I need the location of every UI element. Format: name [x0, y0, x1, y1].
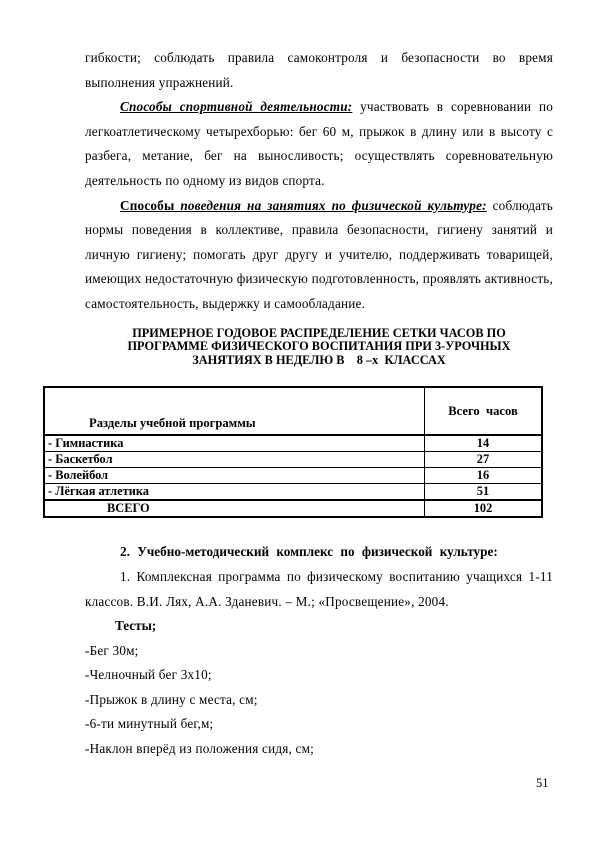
section-hours: 27: [425, 452, 543, 468]
hours-table-title: ПРИМЕРНОЕ ГОДОВОЕ РАСПРЕДЕЛЕНИЕ СЕТКИ ЧА…: [85, 327, 553, 368]
behavior-text: соблюдать нормы поведения в коллективе, …: [85, 198, 553, 311]
tests-label: Тесты;: [85, 614, 553, 639]
behavior-lead-word: Способы: [120, 198, 174, 213]
table-row: - Гимнастика 14: [44, 435, 542, 452]
section-label: - Волейбол: [44, 468, 425, 484]
section-label: - Лёгкая атлетика: [44, 484, 425, 501]
behavior-lead-phrase: поведения на занятиях по физической куль…: [174, 198, 486, 213]
section2-reference: 1. Комплексная программа по физическому …: [85, 565, 553, 614]
column-header-total-hours: Всего часов: [425, 387, 543, 435]
table-row: - Волейбол 16: [44, 468, 542, 484]
test-item: -Прыжок в длину с места, см;: [85, 688, 553, 713]
test-item: -6-ти минутный бег,м;: [85, 712, 553, 737]
total-hours: 102: [425, 500, 543, 517]
page-number: 51: [536, 776, 549, 791]
tests-list: -Бег 30м; -Челночный бег 3x10; -Прыжок в…: [85, 639, 553, 762]
section-hours: 51: [425, 484, 543, 501]
section-label: - Баскетбол: [44, 452, 425, 468]
table-total-row: ВСЕГО 102: [44, 500, 542, 517]
paragraph-sport-activity: Способы спортивной деятельности: участво…: [85, 95, 553, 193]
page-content: гибкости; соблюдать правила самоконтроля…: [85, 46, 553, 761]
section-hours: 14: [425, 435, 543, 452]
section2-heading: 2. Учебно-методический комплекс по физич…: [85, 540, 553, 565]
test-item: -Наклон вперёд из положения сидя, см;: [85, 737, 553, 762]
paragraph-behavior-rules: Способы поведения на занятиях по физичес…: [85, 194, 553, 317]
document-page: гибкости; соблюдать правила самоконтроля…: [0, 0, 595, 842]
paragraph-flexibility-rules: гибкости; соблюдать правила самоконтроля…: [85, 46, 553, 95]
section-hours: 16: [425, 468, 543, 484]
test-item: -Челночный бег 3x10;: [85, 663, 553, 688]
table-header-row: Разделы учебной программы Всего часов: [44, 387, 542, 435]
table-row: - Баскетбол 27: [44, 452, 542, 468]
column-header-sections: Разделы учебной программы: [44, 387, 425, 435]
sport-activity-lead: Способы спортивной деятельности:: [120, 99, 352, 114]
total-label: ВСЕГО: [44, 500, 425, 517]
section-label: - Гимнастика: [44, 435, 425, 452]
hours-table: Разделы учебной программы Всего часов - …: [43, 386, 543, 518]
table-row: - Лёгкая атлетика 51: [44, 484, 542, 501]
test-item: -Бег 30м;: [85, 639, 553, 664]
